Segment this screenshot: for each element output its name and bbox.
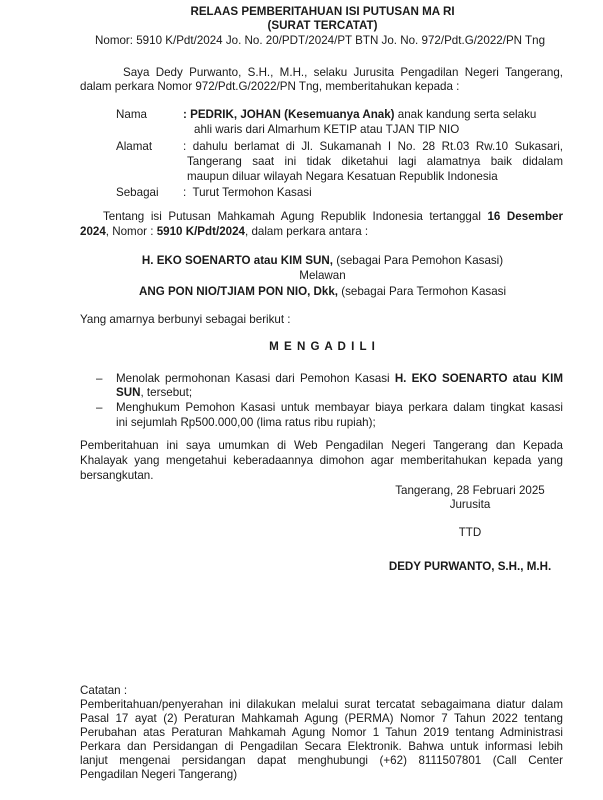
tentang-post: , dalam perkara antara : bbox=[245, 225, 368, 238]
tentang-nomor: 5910 K/Pdt/2024 bbox=[157, 225, 245, 238]
tentang-line-1: Tentang isi Putusan Mahkamah Agung Repub… bbox=[103, 210, 563, 224]
signature-ttd: TTD bbox=[380, 526, 560, 540]
tentang-line-2: 2024, Nomor : 5910 K/Pdt/2024, dalam per… bbox=[80, 225, 368, 239]
pengumuman-line-3: bersangkutan. bbox=[80, 469, 153, 483]
signature-name: DEDY PURWANTO, S.H., M.H. bbox=[380, 560, 560, 574]
alamat-line-2: Tangerang saat ini tidak diketahui lagi … bbox=[187, 155, 563, 169]
pengumuman-line-2: Khalayak yang mengetahui keberadaannya d… bbox=[80, 454, 563, 468]
mengadili-heading: M E N G A D I L I bbox=[0, 340, 603, 354]
amar-item-1-rest: , tersebut; bbox=[140, 386, 192, 399]
termohon-role: (sebagai Para Termohon Kasasi bbox=[338, 285, 506, 298]
termohon-name: ANG PON NIO/TJIAM PON NIO, Dkk, bbox=[139, 285, 338, 298]
pemohon-role: (sebagai Para Pemohon Kasasi) bbox=[333, 254, 503, 267]
party-pemohon: H. EKO SOENARTO atau KIM SUN, (sebagai P… bbox=[0, 254, 603, 268]
catatan-line: Pasal 17 ayat (2) Peraturan Mahkamah Agu… bbox=[80, 712, 563, 726]
alamat-label: Alamat bbox=[116, 140, 152, 154]
amar-item-2-line-2: ini sejumlah Rp500.000,00 (lima ratus ri… bbox=[116, 416, 376, 430]
tentang-year: 2024 bbox=[80, 225, 106, 238]
catatan-label: Catatan : bbox=[80, 684, 127, 698]
document-number: Nomor: 5910 K/Pdt/2024 Jo. No. 20/PDT/20… bbox=[95, 34, 545, 48]
signature-place-date: Tangerang, 28 Februari 2025 bbox=[380, 484, 560, 498]
amar-item-1-text: Menolak permohonan Kasasi dari Pemohon K… bbox=[116, 372, 395, 385]
nama-bold: : PEDRIK, JOHAN (Kesemuanya Anak) bbox=[183, 108, 395, 121]
tentang-date: 16 Desember bbox=[487, 210, 563, 223]
pengumuman-line-1: Pemberitahuan ini saya umumkan di Web Pe… bbox=[80, 439, 563, 453]
signature-role: Jurusita bbox=[380, 498, 560, 512]
document-title: RELAAS PEMBERITAHUAN ISI PUTUSAN MA RI bbox=[0, 5, 603, 19]
nama-value: : PEDRIK, JOHAN (Kesemuanya Anak) anak k… bbox=[183, 108, 536, 122]
intro-line-2: dalam perkara Nomor 972/Pdt.G/2022/PN Tn… bbox=[80, 80, 459, 94]
catatan-line: lanjut mengenai persidangan dapat menghu… bbox=[80, 754, 563, 768]
catatan-line: Perkara dan Persidangan di Pengadilan Se… bbox=[80, 740, 563, 754]
catatan-line: Perubahan atas Peraturan Mahkamah Agung … bbox=[80, 726, 563, 740]
catatan-line: Pengadilan Negeri Tangerang) bbox=[80, 768, 237, 782]
sebagai-label: Sebagai bbox=[116, 186, 159, 200]
sebagai-value: : Turut Termohon Kasasi bbox=[183, 186, 312, 200]
nama-line-2: ahli waris dari Almarhum KETIP atau TJAN… bbox=[194, 123, 459, 137]
tentang-nomor-label: , Nomor : bbox=[106, 225, 157, 238]
amar-item-dash: – bbox=[96, 401, 102, 415]
document-subtitle: (SURAT TERCATAT) bbox=[0, 19, 603, 33]
party-termohon: ANG PON NIO/TJIAM PON NIO, Dkk, (sebagai… bbox=[0, 285, 603, 299]
amar-item-1-line-1: Menolak permohonan Kasasi dari Pemohon K… bbox=[116, 372, 563, 386]
alamat-line-1: : dahulu berlamat di Jl. Sukamanah I No.… bbox=[183, 140, 563, 154]
nama-label: Nama bbox=[116, 108, 147, 122]
amar-item-1-party-cont: SUN bbox=[116, 386, 140, 399]
amar-item-1-party: H. EKO SOENARTO atau KIM bbox=[395, 372, 563, 385]
amar-intro: Yang amarnya berbunyi sebagai berikut : bbox=[80, 313, 291, 327]
amar-item-1-line-2: SUN, tersebut; bbox=[116, 386, 192, 400]
tentang-text: Tentang isi Putusan Mahkamah Agung Repub… bbox=[103, 210, 487, 223]
melawan-label: Melawan bbox=[0, 269, 603, 283]
pemohon-name: H. EKO SOENARTO atau KIM SUN, bbox=[142, 254, 333, 267]
alamat-line-3: maupun diluar wilayah Negara Kesatuan Re… bbox=[187, 170, 498, 184]
catatan-line: Pemberitahuan/penyerahan ini dilakukan m… bbox=[80, 698, 563, 712]
amar-item-dash: – bbox=[96, 372, 102, 386]
intro-line-1: Saya Dedy Purwanto, S.H., M.H., selaku J… bbox=[123, 66, 563, 80]
nama-rest: anak kandung serta selaku bbox=[395, 108, 537, 121]
amar-item-2-line-1: Menghukum Pemohon Kasasi untuk membayar … bbox=[116, 401, 563, 415]
